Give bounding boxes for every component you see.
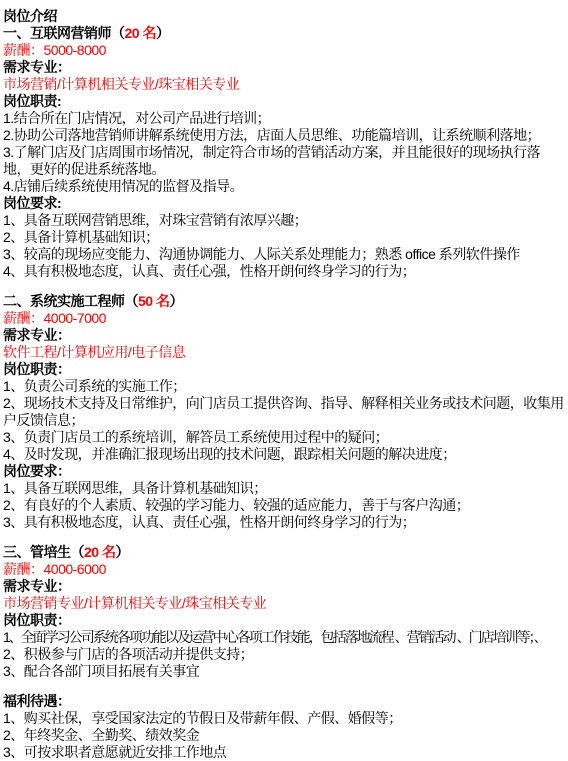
section-3-majors-label: 需求专业：: [3, 578, 565, 595]
section-2-majors-label: 需求专业：: [3, 327, 565, 344]
section-1-duties-label: 岗位职责:: [3, 93, 565, 110]
welfare-label: 福利待遇：: [3, 693, 565, 710]
duty-item: 2、现场技术支持及日常维护，向门店员工提供咨询、指导、解释相关业务或技术问题，收…: [3, 395, 565, 429]
section-3-headcount: 20 名: [84, 544, 115, 560]
section-2-headcount: 50 名: [138, 293, 169, 309]
duty-item: 3.了解门店及门店周围市场情况，制定符合市场的营销活动方案，并且能很好的现场执行…: [3, 144, 565, 178]
section-2-heading-close: ）: [169, 293, 183, 309]
welfare-item: 3、可按求职者意愿就近安排工作地点: [3, 744, 565, 761]
welfare-item: 1、购买社保，享受国家法定的节假日及带薪年假、产假、婚假等；: [3, 710, 565, 727]
section-3-heading-close: ）: [115, 544, 129, 560]
salary-value: 5000-8000: [44, 42, 106, 58]
duty-item: 3、负责门店员工的系统培训，解答员工系统使用过程中的疑问；: [3, 429, 565, 446]
section-3-heading-text: 三、管培生（: [3, 544, 84, 560]
section-3-duties-label: 岗位职责：: [3, 612, 565, 629]
salary-value: 4000-6000: [44, 561, 106, 577]
blank-line: [3, 280, 565, 293]
requirement-item: 2、有良好的个人素质、较强的学习能力、较强的适应能力，善于与客户沟通；: [3, 497, 565, 514]
section-1-salary-line: 薪酬：5000-8000: [3, 42, 565, 59]
salary-value: 4000-7000: [44, 310, 106, 326]
section-3-salary-line: 薪酬：4000-6000: [3, 561, 565, 578]
section-1-requirements-label: 岗位要求:: [3, 195, 565, 212]
job-description-document: 岗位介绍 一、互联网营销师（20 名） 薪酬：5000-8000 需求专业： 市…: [0, 0, 568, 761]
section-2-heading: 二、系统实施工程师（50 名）: [3, 293, 565, 310]
blank-line: [3, 531, 565, 544]
salary-label: 薪酬：: [3, 561, 44, 577]
duty-item: 2.协助公司落地营销师讲解系统使用方法，店面人员思维、功能篇培训，让系统顺利落地…: [3, 127, 565, 144]
section-3-heading: 三、管培生（20 名）: [3, 544, 565, 561]
requirement-item: 1、具备互联网思维，具备计算机基础知识；: [3, 480, 565, 497]
blank-line: [3, 680, 565, 693]
duty-item: 1、负责公司系统的实施工作；: [3, 378, 565, 395]
section-1-heading: 一、互联网营销师（20 名）: [3, 25, 565, 42]
requirement-item: 3、具有积极地态度，认真、责任心强，性格开朗何终身学习的行为；: [3, 514, 565, 531]
section-2-majors-value: 软件工程/计算机应用/电子信息: [3, 344, 565, 361]
requirement-item: 4、具有积极地态度，认真、责任心强，性格开朗何终身学习的行为；: [3, 263, 565, 280]
requirement-item: 2、具备计算机基础知识；: [3, 229, 565, 246]
section-1-majors-label: 需求专业：: [3, 59, 565, 76]
duty-item: 2、积极参与门店的各项活动并提供支持；: [3, 646, 565, 663]
duty-item: 1、全面学习公司系统各项功能以及运营中心各项工作技能，包括落地流程 、营销活动 …: [3, 629, 565, 646]
section-2-heading-text: 二、系统实施工程师（: [3, 293, 138, 309]
duty-item: 1.结合所在门店情况，对公司产品进行培训；: [3, 110, 565, 127]
duty-item: 4、及时发现，并准确汇报现场出现的技术问题，跟踪相关问题的解决进度；: [3, 446, 565, 463]
page-title: 岗位介绍: [3, 8, 565, 25]
welfare-item: 2、年终奖金、全勤奖、绩效奖金: [3, 727, 565, 744]
section-2-salary-line: 薪酬：4000-7000: [3, 310, 565, 327]
requirement-item: 3、较高的现场应变能力、沟通协调能力、人际关系处理能力；熟悉 office 系列…: [3, 246, 565, 263]
section-2-duties-label: 岗位职责：: [3, 361, 565, 378]
section-1-heading-text: 一、互联网营销师（: [3, 25, 125, 41]
section-1-headcount: 20 名: [125, 25, 156, 41]
requirement-item: 1、具备互联网营销思维，对珠宝营销有浓厚兴趣；: [3, 212, 565, 229]
salary-label: 薪酬：: [3, 310, 44, 326]
section-1-majors-value: 市场营销/计算机相关专业/珠宝相关专业: [3, 76, 565, 93]
duty-item: 3、配合各部门项目拓展有关事宜: [3, 663, 565, 680]
section-1-heading-close: ）: [156, 25, 170, 41]
section-2-requirements-label: 岗位要求：: [3, 463, 565, 480]
section-3-majors-value: 市场营销专业/计算机相关专业/珠宝相关专业: [3, 595, 565, 612]
salary-label: 薪酬：: [3, 42, 44, 58]
duty-item: 4.店铺后续系统使用情况的监督及指导。: [3, 178, 565, 195]
